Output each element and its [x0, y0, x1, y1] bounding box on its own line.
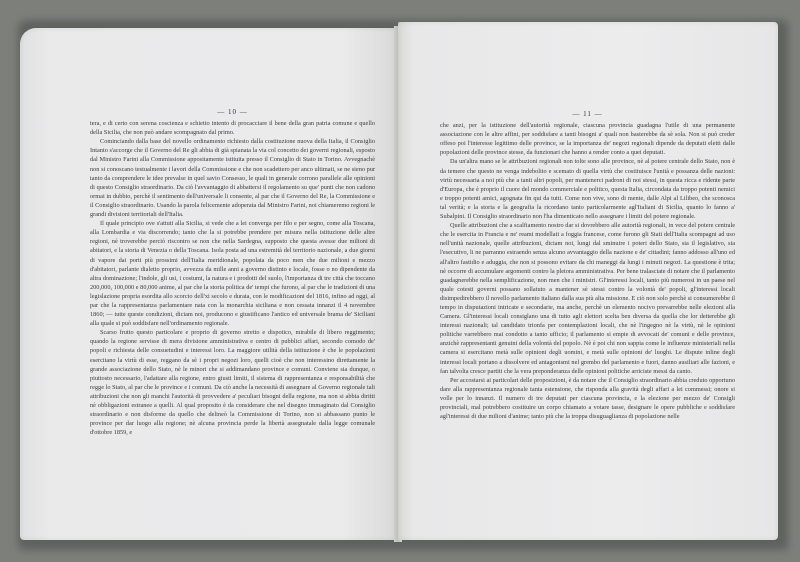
paragraph: Scarso frutto questo particolare e propr…	[90, 328, 375, 437]
paragraph: Per accostarsi ai particolari delle prop…	[440, 376, 735, 421]
paragraph: Da un'altra mano se le attribuzioni regi…	[440, 157, 735, 221]
paragraph: tera, e di certo con serena coscienza e …	[90, 119, 375, 137]
open-book: — 10 — tera, e di certo con serena cosci…	[10, 12, 788, 547]
right-page-number: — 11 —	[440, 110, 735, 119]
right-page: — 11 — che anzi, per la istituzione dell…	[398, 22, 778, 540]
paragraph: Quelle attribuzioni che a scalfiamento n…	[440, 221, 735, 376]
left-page: — 10 — tera, e di certo con serena cosci…	[20, 28, 400, 540]
paragraph: che anzi, per la istituzione dell'autori…	[440, 121, 735, 157]
right-page-text: — 11 — che anzi, per la istituzione dell…	[440, 110, 735, 421]
left-page-number: — 10 —	[90, 108, 375, 117]
paragraph: Cominciando dalla base del novello ordin…	[90, 137, 375, 219]
paragraph: Il quale principio ove s'attuti alla Sic…	[90, 219, 375, 328]
left-page-text: — 10 — tera, e di certo con serena cosci…	[90, 108, 375, 437]
